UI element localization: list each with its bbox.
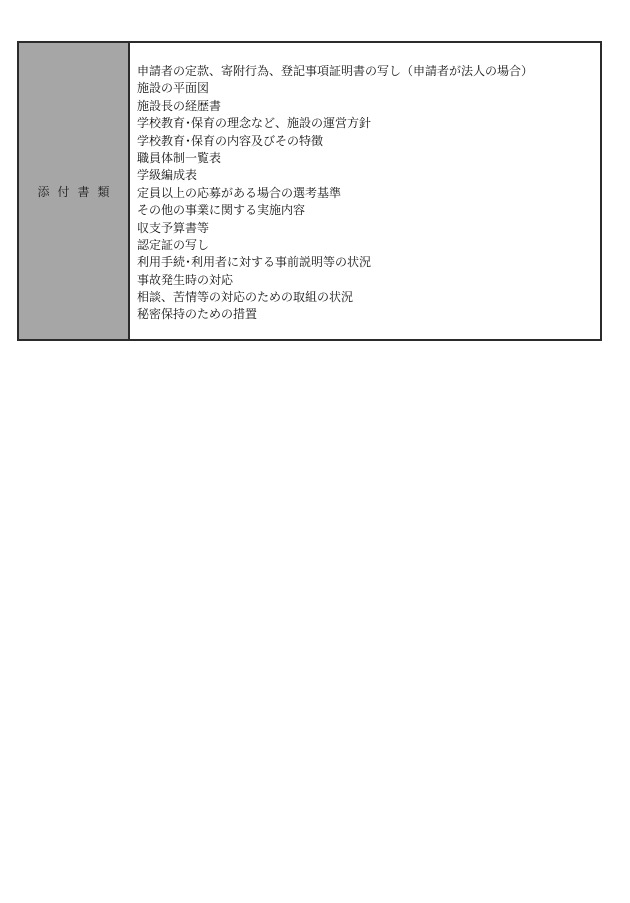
list-item: 秘密保持のための措置 [137,306,600,323]
list-item: 職員体制一覧表 [137,150,600,167]
list-item: 申請者の定款、寄附行為、登記事項証明書の写し（申請者が法人の場合） [137,63,600,80]
attachments-table: 添付書類 申請者の定款、寄附行為、登記事項証明書の写し（申請者が法人の場合） 施… [17,41,602,341]
list-item: その他の事業に関する実施内容 [137,202,600,219]
list-item: 相談、苦情等の対応のための取組の状況 [137,289,600,306]
list-item: 認定証の写し [137,237,600,254]
list-item: 事故発生時の対応 [137,272,600,289]
list-item: 学校教育･保育の理念など、施設の運営方針 [137,115,600,132]
list-item: 収支予算書等 [137,220,600,237]
list-item: 学校教育･保育の内容及びその特徴 [137,133,600,150]
list-item: 学級編成表 [137,167,600,184]
attachments-list: 申請者の定款、寄附行為、登記事項証明書の写し（申請者が法人の場合） 施設の平面図… [130,43,600,339]
attachments-label: 添付書類 [37,183,117,200]
list-item: 利用手続･利用者に対する事前説明等の状況 [137,254,600,271]
list-item: 定員以上の応募がある場合の選考基準 [137,185,600,202]
list-item: 施設の平面図 [137,80,600,97]
label-cell: 添付書類 [19,43,130,339]
list-item: 施設長の経歴書 [137,98,600,115]
